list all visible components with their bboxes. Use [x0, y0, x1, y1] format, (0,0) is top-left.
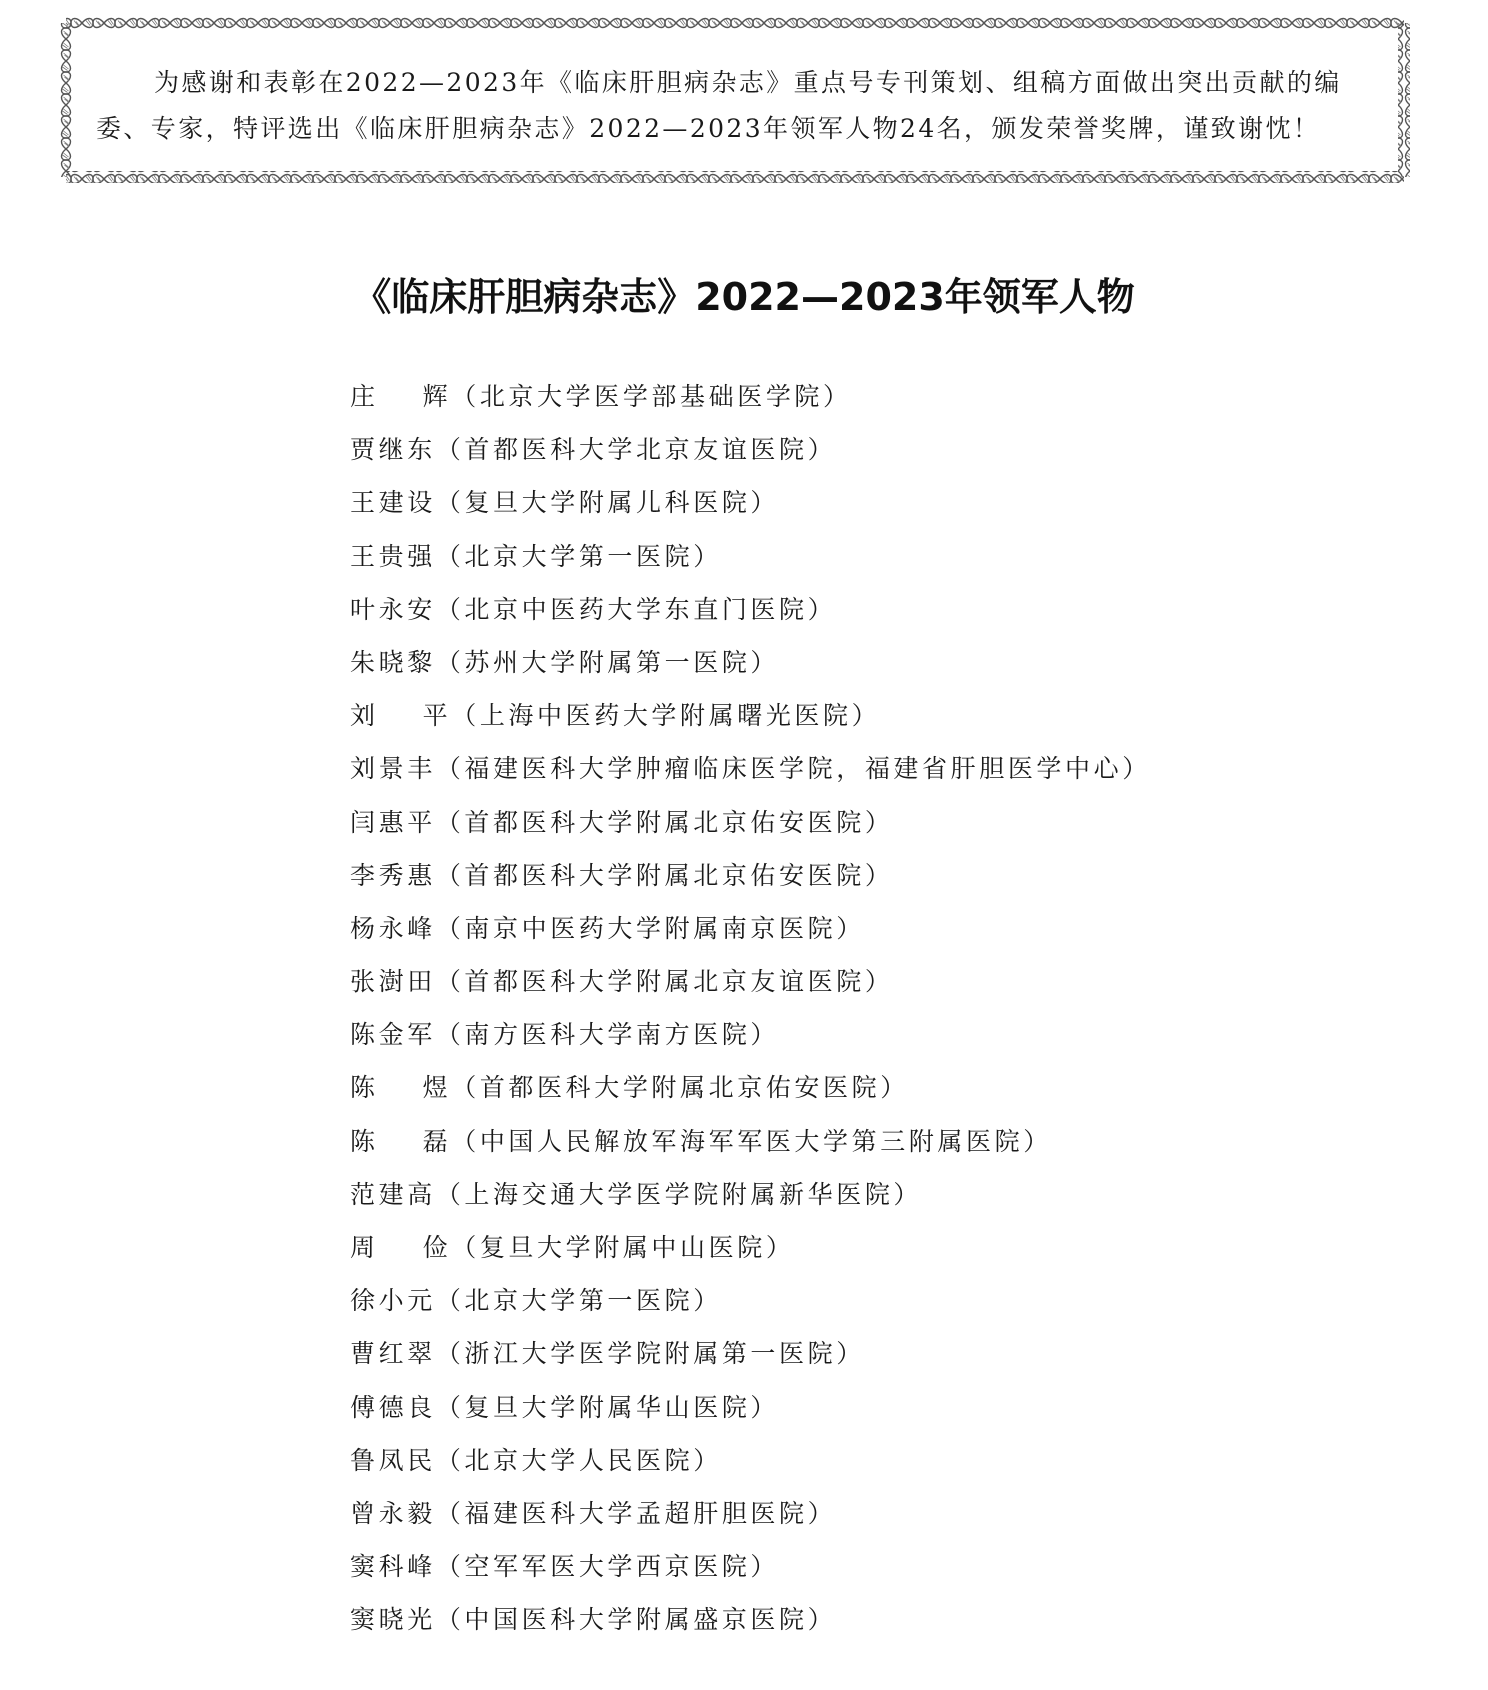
- awardee-given-name: 煜: [423, 1073, 452, 1102]
- awardee-list-item: 李秀惠（首都医科大学附属北京佑安医院）: [350, 857, 1151, 910]
- awardee-name: 曹红翠: [350, 1335, 436, 1373]
- awardee-affiliation: （首都医科大学附属北京佑安医院）: [436, 808, 894, 837]
- awardee-list-item: 王贵强（北京大学第一医院）: [350, 538, 1151, 591]
- awardee-name: 庄辉: [350, 378, 451, 416]
- awardee-affiliation: （福建医科大学肿瘤临床医学院，福建省肝胆医学中心）: [436, 754, 1151, 783]
- awardee-list-item: 窦科峰（空军军医大学西京医院）: [350, 1548, 1151, 1601]
- awardee-given-name: 辉: [423, 382, 452, 411]
- awardee-list-item: 陈磊（中国人民解放军海军军医大学第三附属医院）: [350, 1123, 1151, 1176]
- awardee-name: 鲁凤民: [350, 1442, 436, 1480]
- awardee-name: 傅德良: [350, 1389, 436, 1427]
- awardee-affiliation: （首都医科大学附属北京佑安医院）: [451, 1073, 909, 1102]
- awardee-affiliation: （浙江大学医学院附属第一医院）: [436, 1339, 865, 1368]
- awardee-affiliation: （复旦大学附属儿科医院）: [436, 488, 779, 517]
- awardee-name: 陈煜: [350, 1069, 451, 1107]
- awardee-name: 叶永安: [350, 591, 436, 629]
- awardee-name: 张澍田: [350, 963, 436, 1001]
- intro-line-1: 为感谢和表彰在2022—2023年《临床肝胆病杂志》重点号专刊策划、组稿方面做出…: [96, 60, 1386, 106]
- intro-line-2: 委、专家，特评选出《临床肝胆病杂志》2022—2023年领军人物24名，颁发荣誉…: [96, 106, 1386, 152]
- awardee-list-item: 曹红翠（浙江大学医学院附属第一医院）: [350, 1335, 1151, 1388]
- awardee-affiliation: （上海交通大学医学院附属新华医院）: [436, 1180, 922, 1209]
- awardee-list: 庄辉（北京大学医学部基础医学院）贾继东（首都医科大学北京友谊医院）王建设（复旦大…: [350, 378, 1151, 1655]
- awardee-name: 朱晓黎: [350, 644, 436, 682]
- awardee-surname: 刘: [350, 701, 379, 730]
- awardee-surname: 陈: [350, 1127, 379, 1156]
- awardee-list-item: 张澍田（首都医科大学附属北京友谊医院）: [350, 963, 1151, 1016]
- awardee-affiliation: （空军军医大学西京医院）: [436, 1552, 779, 1581]
- awardee-name: 周俭: [350, 1229, 451, 1267]
- awardee-list-item: 陈金军（南方医科大学南方医院）: [350, 1016, 1151, 1069]
- awardee-name: 杨永峰: [350, 910, 436, 948]
- awardee-given-name: 磊: [423, 1127, 452, 1156]
- awardee-list-item: 窦晓光（中国医科大学附属盛京医院）: [350, 1601, 1151, 1654]
- awardee-affiliation: （复旦大学附属中山医院）: [451, 1233, 794, 1262]
- awardee-affiliation: （北京大学第一医院）: [436, 1286, 722, 1315]
- awardee-affiliation: （上海中医药大学附属曙光医院）: [451, 701, 880, 730]
- awardee-list-item: 王建设（复旦大学附属儿科医院）: [350, 484, 1151, 537]
- awardee-list-item: 叶永安（北京中医药大学东直门医院）: [350, 591, 1151, 644]
- awardee-affiliation: （复旦大学附属华山医院）: [436, 1393, 779, 1422]
- awardee-name: 范建高: [350, 1176, 436, 1214]
- awardee-name: 窦科峰: [350, 1548, 436, 1586]
- awardee-given-name: 俭: [423, 1233, 452, 1262]
- acknowledgement-paragraph: 为感谢和表彰在2022—2023年《临床肝胆病杂志》重点号专刊策划、组稿方面做出…: [96, 60, 1386, 152]
- awardee-surname: 周: [350, 1233, 379, 1262]
- awardee-name: 刘平: [350, 697, 451, 735]
- awardee-list-item: 刘景丰（福建医科大学肿瘤临床医学院，福建省肝胆医学中心）: [350, 750, 1151, 803]
- awardee-surname: 庄: [350, 382, 379, 411]
- awardee-list-item: 朱晓黎（苏州大学附属第一医院）: [350, 644, 1151, 697]
- awardee-list-item: 杨永峰（南京中医药大学附属南京医院）: [350, 910, 1151, 963]
- awardee-name: 李秀惠: [350, 857, 436, 895]
- awardee-list-item: 范建高（上海交通大学医学院附属新华医院）: [350, 1176, 1151, 1229]
- awardee-list-item: 鲁凤民（北京大学人民医院）: [350, 1442, 1151, 1495]
- awardee-affiliation: （北京大学医学部基础医学院）: [451, 382, 851, 411]
- awardee-list-item: 刘平（上海中医药大学附属曙光医院）: [350, 697, 1151, 750]
- awardee-given-name: 平: [423, 701, 452, 730]
- awardee-affiliation: （首都医科大学北京友谊医院）: [436, 435, 836, 464]
- awardee-affiliation: （苏州大学附属第一医院）: [436, 648, 779, 677]
- awardee-name: 徐小元: [350, 1282, 436, 1320]
- awardee-name: 曾永毅: [350, 1495, 436, 1533]
- awardee-name: 陈磊: [350, 1123, 451, 1161]
- awardee-name: 窦晓光: [350, 1601, 436, 1639]
- awardee-affiliation: （首都医科大学附属北京友谊医院）: [436, 967, 894, 996]
- awardee-list-item: 周俭（复旦大学附属中山医院）: [350, 1229, 1151, 1282]
- awardee-list-item: 贾继东（首都医科大学北京友谊医院）: [350, 431, 1151, 484]
- awardee-name: 陈金军: [350, 1016, 436, 1054]
- awardee-list-item: 曾永毅（福建医科大学孟超肝胆医院）: [350, 1495, 1151, 1548]
- awardee-surname: 陈: [350, 1073, 379, 1102]
- awardee-affiliation: （北京大学第一医院）: [436, 542, 722, 571]
- awardee-name: 刘景丰: [350, 750, 436, 788]
- awardee-affiliation: （中国人民解放军海军军医大学第三附属医院）: [451, 1127, 1052, 1156]
- awardee-list-item: 傅德良（复旦大学附属华山医院）: [350, 1389, 1151, 1442]
- awardee-name: 王建设: [350, 484, 436, 522]
- awardee-affiliation: （南方医科大学南方医院）: [436, 1020, 779, 1049]
- awardee-name: 闫惠平: [350, 804, 436, 842]
- awardee-affiliation: （中国医科大学附属盛京医院）: [436, 1605, 836, 1634]
- awardee-name: 贾继东: [350, 431, 436, 469]
- page-title: 《临床肝胆病杂志》2022—2023年领军人物: [0, 266, 1488, 321]
- awardee-affiliation: （南京中医药大学附属南京医院）: [436, 914, 865, 943]
- awardee-affiliation: （北京中医药大学东直门医院）: [436, 595, 836, 624]
- awardee-list-item: 庄辉（北京大学医学部基础医学院）: [350, 378, 1151, 431]
- awardee-list-item: 徐小元（北京大学第一医院）: [350, 1282, 1151, 1335]
- awardee-name: 王贵强: [350, 538, 436, 576]
- awardee-list-item: 闫惠平（首都医科大学附属北京佑安医院）: [350, 804, 1151, 857]
- awardee-list-item: 陈煜（首都医科大学附属北京佑安医院）: [350, 1069, 1151, 1122]
- awardee-affiliation: （首都医科大学附属北京佑安医院）: [436, 861, 894, 890]
- awardee-affiliation: （北京大学人民医院）: [436, 1446, 722, 1475]
- awardee-affiliation: （福建医科大学孟超肝胆医院）: [436, 1499, 836, 1528]
